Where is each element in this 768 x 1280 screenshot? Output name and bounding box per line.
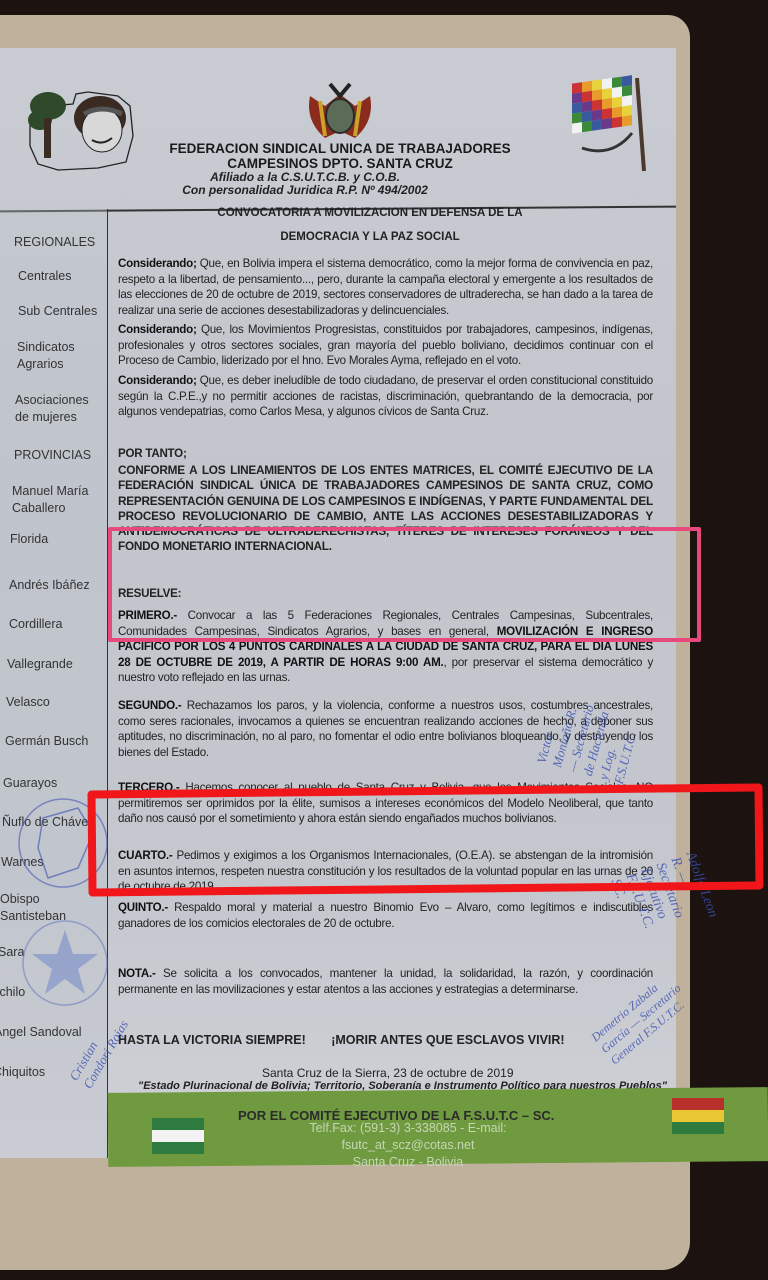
slogan-hasta-la-victoria: HASTA LA VICTORIA SIEMPRE! [118, 1033, 306, 1047]
highlight-box-cuarto-quinto [87, 783, 763, 896]
sidebar-item: Germán Busch [5, 733, 88, 750]
sidebar-item: Centrales [18, 268, 72, 285]
contact-location: Santa Cruz - Bolivia [248, 1154, 568, 1171]
sidebar-item: Florida [10, 531, 48, 548]
santa-cruz-flag-icon [152, 1118, 204, 1154]
slogan-morir-antes: ¡MORIR ANTES QUE ESCLAVOS VIVIR! [331, 1033, 564, 1047]
organization-name: FEDERACION SINDICAL UNICA DE TRABAJADORE… [140, 141, 540, 171]
considerando-1: Considerando; Que, en Bolivia impera el … [118, 256, 653, 318]
considerando-2: Considerando; Que, los Movimientos Progr… [118, 322, 653, 369]
document-title-line2: DEMOCRACIA Y LA PAZ SOCIAL [110, 231, 630, 243]
footer-contact: Telf.Fax: (591-3) 3-338085 - E-mail: fsu… [248, 1120, 568, 1171]
wiphala-flag-icon [562, 73, 657, 173]
contact-info: Telf.Fax: (591-3) 3-338085 - E-mail: fsu… [248, 1120, 568, 1154]
sidebar-item: Velasco [6, 694, 50, 711]
bolivia-coat-of-arms-icon [295, 76, 385, 146]
por-tanto-heading: POR TANTO; [118, 446, 653, 462]
document-title-line1: CONVOCATORIA A MOVILIZACION EN DEFENSA D… [110, 207, 630, 219]
highlight-box-primero [108, 527, 701, 642]
considerando-3: Considerando; Que, es deber ineludible d… [118, 373, 653, 420]
sidebar-item: Andrés Ibáñez [9, 577, 90, 594]
sidebar-item: Vallegrande [7, 656, 73, 673]
sidebar-list: REGIONALES Centrales Sub Centrales Sindi… [0, 209, 108, 1158]
federation-logo-icon [18, 76, 138, 176]
organization-affiliation: Afiliado a la C.S.U.T.C.B. y C.O.B. Con … [140, 171, 470, 197]
letterhead: FEDERACION SINDICAL UNICA DE TRABAJADORE… [0, 48, 676, 208]
bolivia-flag-icon [672, 1098, 724, 1134]
sidebar-item: Sindicatos Agrarios [17, 339, 87, 373]
sidebar-item: Cordillera [9, 616, 63, 633]
sidebar-item: Ángel Sandoval [0, 1024, 82, 1041]
sidebar-item: Asociaciones de mujeres [15, 392, 100, 426]
star-seal-icon [20, 918, 110, 1008]
sidebar-item: Sub Centrales [18, 303, 97, 320]
place-date: Santa Cruz de la Sierra, 23 de octubre d… [262, 1066, 514, 1080]
nota: NOTA.- Se solicita a los convocados, man… [118, 966, 653, 997]
sidebar-heading-provincias: PROVINCIAS [14, 447, 91, 464]
sidebar-heading-regionales: REGIONALES [14, 234, 95, 251]
sidebar-item: Chiquitos [0, 1064, 45, 1081]
sidebar-item: Manuel María Caballero [12, 483, 102, 517]
